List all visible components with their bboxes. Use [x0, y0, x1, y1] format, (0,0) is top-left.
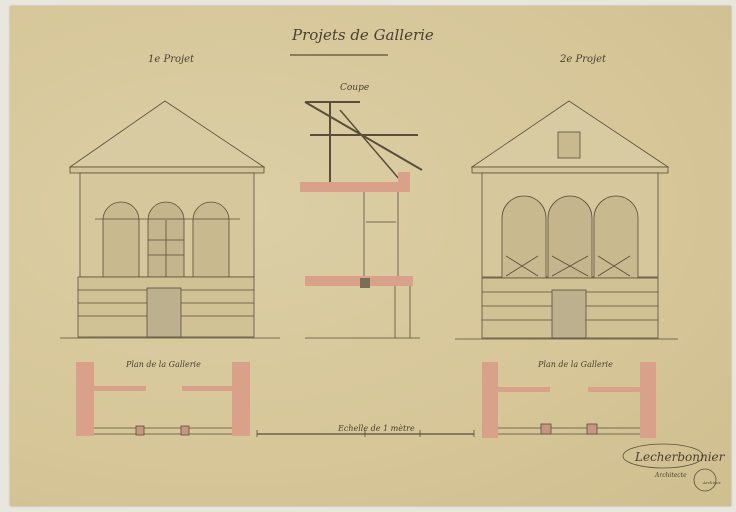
- left-plan-label: Plan de la Gallerie: [126, 360, 201, 369]
- sheet-title: Projets de Gallerie: [292, 26, 434, 44]
- right-plan-label: Plan de la Gallerie: [538, 360, 613, 369]
- left-plan: [76, 362, 250, 436]
- drawing-sheet: Projets de Gallerie 1e Projet Coupe 2e P…: [10, 6, 731, 506]
- signature: Lecherbonnier: [635, 450, 724, 464]
- archive-stamp: Archives: [703, 480, 721, 485]
- left-project-label: 1e Projet: [148, 54, 194, 65]
- right-project-label: 2e Projet: [560, 54, 606, 65]
- center-section: [300, 102, 422, 338]
- right-elevation: [455, 101, 678, 339]
- left-elevation: [60, 101, 280, 338]
- section-label: Coupe: [340, 83, 369, 93]
- right-plan: [482, 362, 656, 438]
- signature-note: Architecte: [655, 472, 687, 479]
- scale-bar-label: Echelle de 1 mètre: [338, 424, 415, 433]
